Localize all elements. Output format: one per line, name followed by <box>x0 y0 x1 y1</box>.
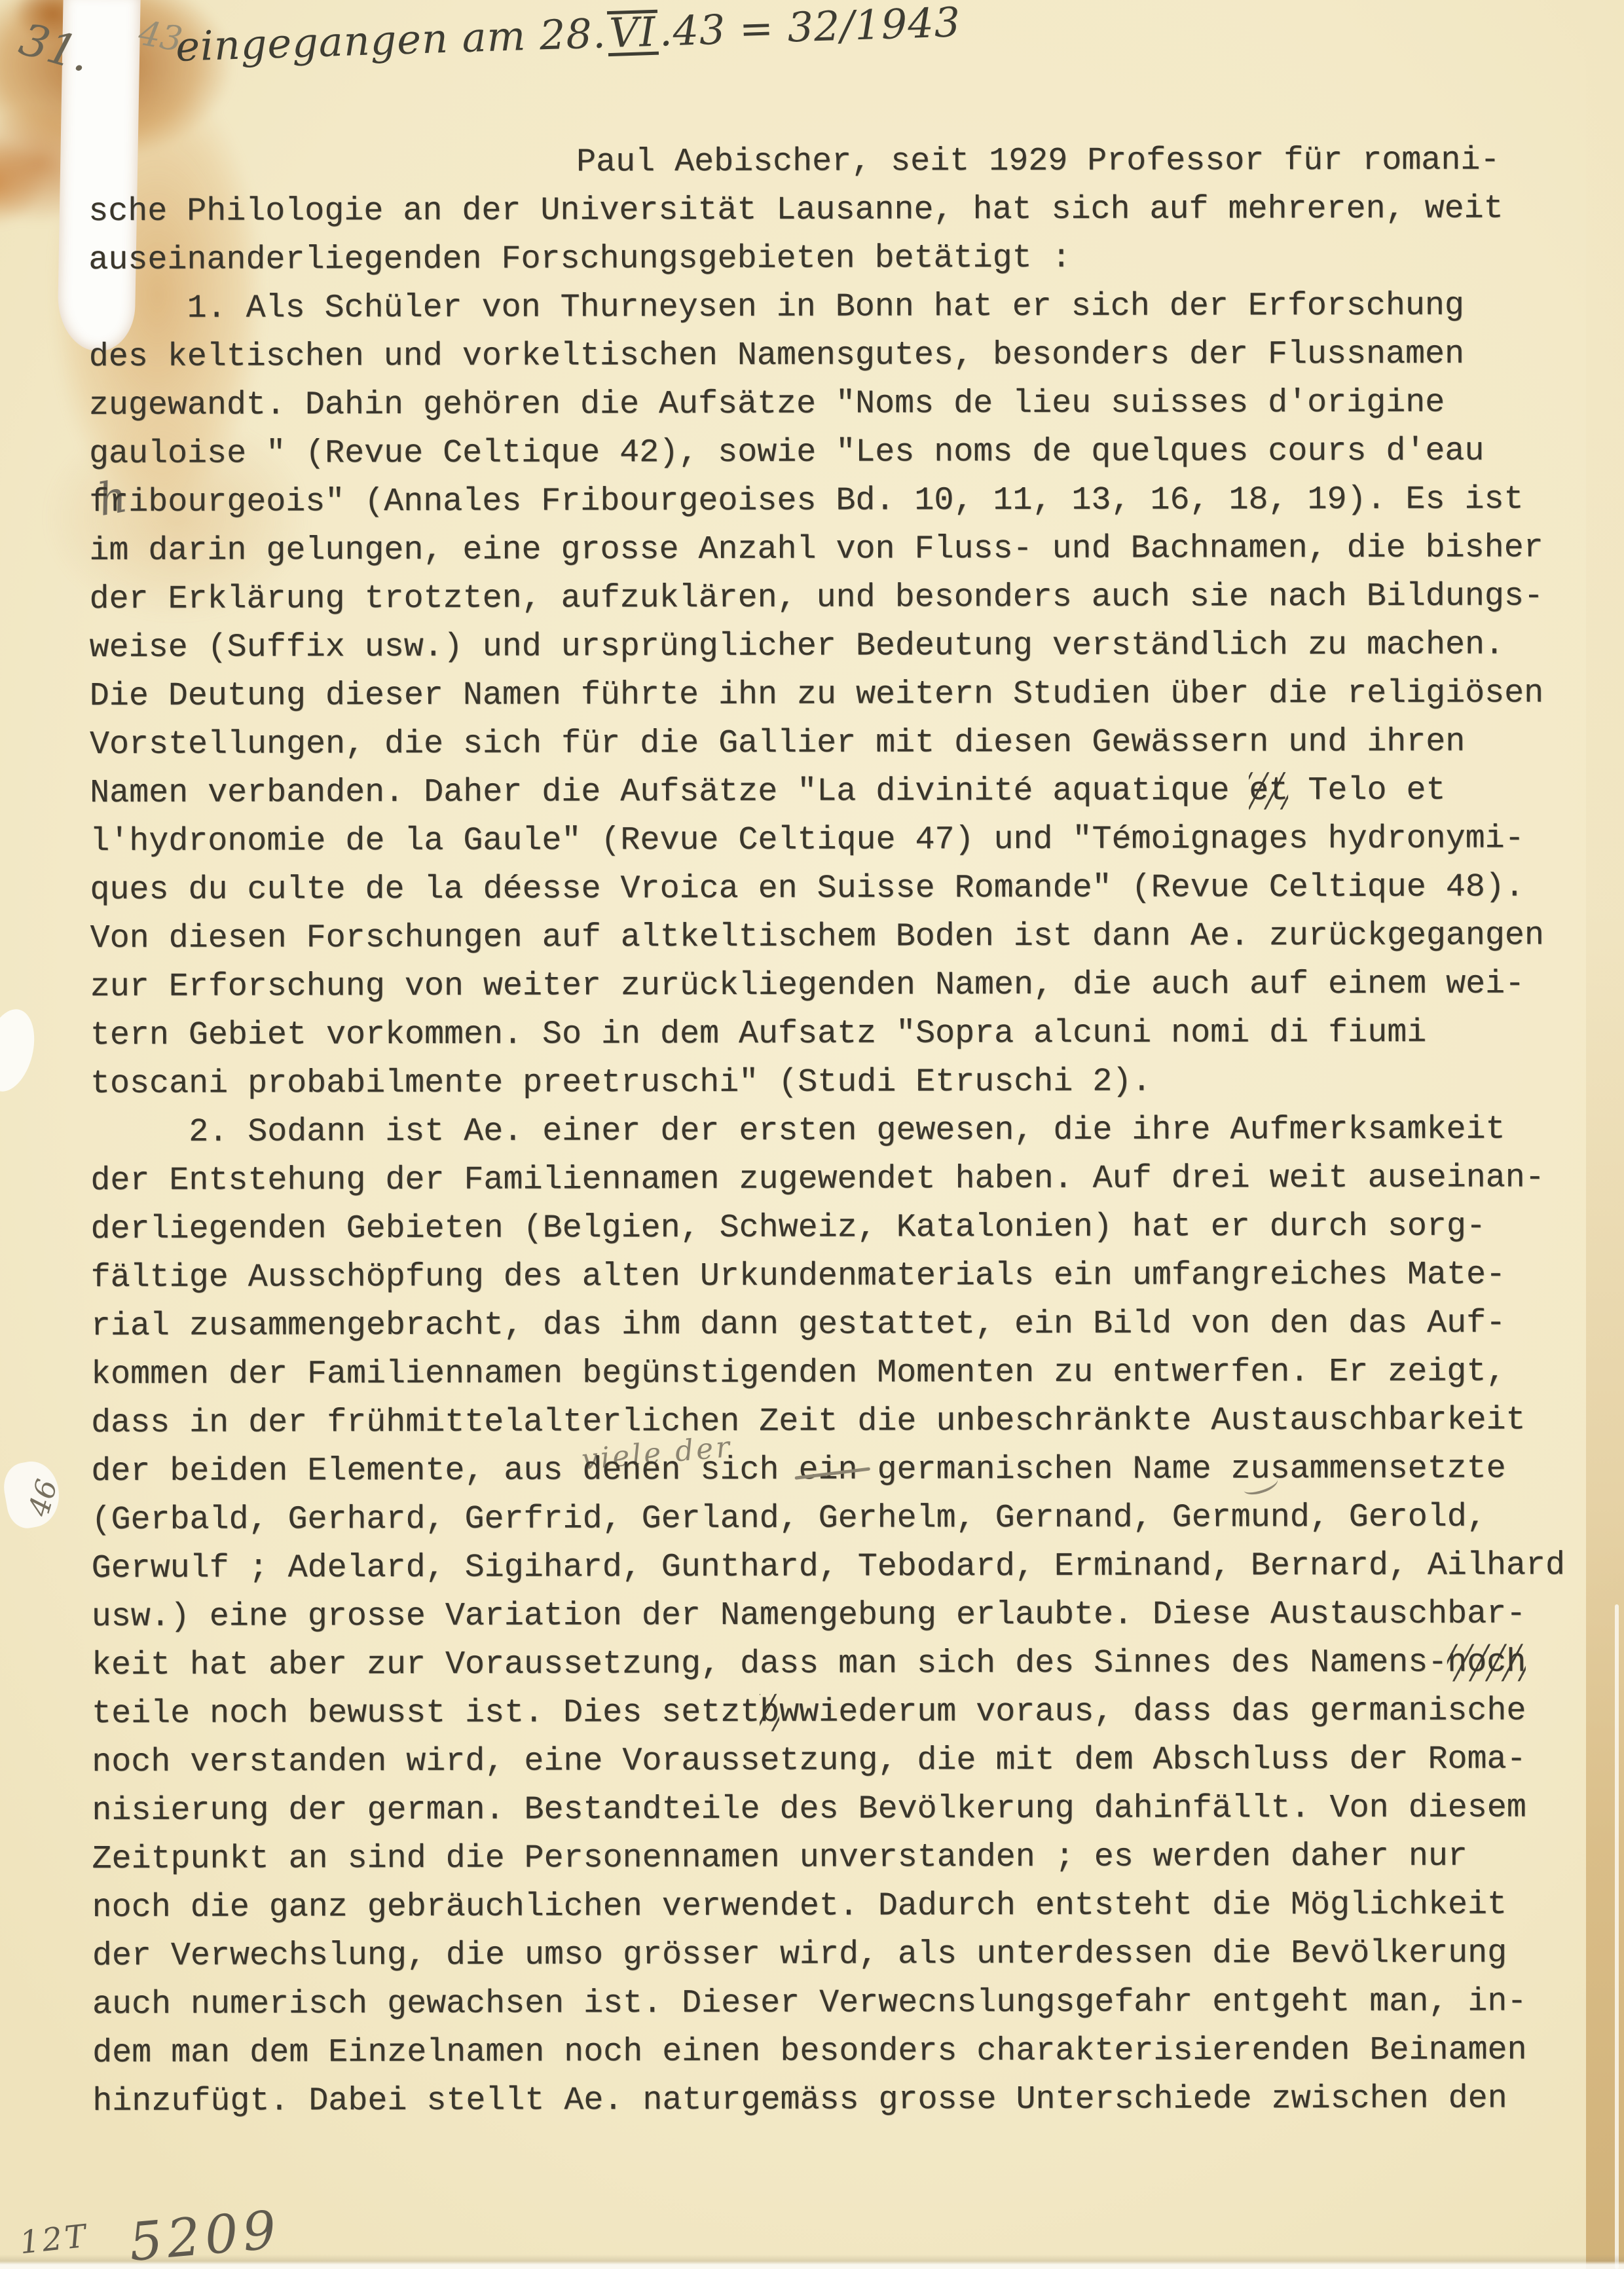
typed-line: fribourgeois" (Annales Fribourgeoises Bd… <box>89 475 1602 527</box>
typed-text: Die Deutung dieser Namen führte ihn zu w… <box>90 674 1543 715</box>
typed-line: zugewandt. Dahin gehören die Aufsätze "N… <box>89 378 1602 430</box>
typed-text: weise (Suffix usw.) und ursprünglicher B… <box>90 626 1504 667</box>
typed-text-struck: et <box>1249 772 1288 809</box>
typed-text: nisierung der german. Bestandteile des B… <box>92 1789 1526 1830</box>
typed-text: Zeitpunkt an sind die Personennamen unve… <box>92 1838 1467 1878</box>
typed-line: der Erklärung trotzten, aufzuklären, und… <box>89 572 1602 624</box>
typed-text: sche Philologie an der Universität Lausa… <box>88 190 1503 231</box>
typed-line: fältige Ausschöpfung des alten Urkundenm… <box>91 1251 1604 1302</box>
typed-text-struck: noch <box>1447 1644 1526 1681</box>
typed-text: noch verstanden wird, eine Voraussetzung… <box>92 1741 1526 1781</box>
page-right-edge-highlight <box>1615 1604 1619 2269</box>
typed-text-struck: b <box>760 1694 779 1731</box>
typed-line: weise (Suffix usw.) und ursprünglicher B… <box>90 621 1602 673</box>
typed-text: des keltischen und vorkeltischen Namensg… <box>89 336 1464 376</box>
typed-text-block: Paul Aebischer, seit 1929 Professor für … <box>88 136 1605 2126</box>
typed-line: dem man dem Einzelnamen noch einen beson… <box>92 2026 1605 2078</box>
typed-line: Paul Aebischer, seit 1929 Professor für … <box>88 136 1601 188</box>
typed-text: 2. Sodann ist Ae. einer der ersten gewes… <box>189 1111 1505 1151</box>
typed-line: Namen verbanden. Daher die Aufsätze "La … <box>90 766 1602 818</box>
typed-text: l'hydronomie de la Gaule" (Revue Celtiqu… <box>90 820 1524 860</box>
typed-text: kommen der Familiennamen begünstigenden … <box>91 1353 1505 1393</box>
typed-text: auch numerisch gewachsen ist. Dieser Ver… <box>92 1983 1526 2023</box>
typed-line: teile noch bewusst ist. Dies setztbwwied… <box>92 1687 1604 1739</box>
receipt-note-roman-month: VI <box>606 10 658 56</box>
typed-text: zugewandt. Dahin gehören die Aufsätze "N… <box>89 384 1445 424</box>
typed-line: derliegenden Gebieten (Belgien, Schweiz,… <box>90 1202 1603 1254</box>
typed-line: (Gerbald, Gerhard, Gerfrid, Gerland, Ger… <box>91 1493 1604 1545</box>
typed-text: dem man dem Einzelnamen noch einen beson… <box>92 2031 1526 2072</box>
typed-text: keit hat aber zur Voraussetzung, dass ma… <box>92 1644 1447 1684</box>
typed-text: teile noch bewusst ist. Dies setzt <box>92 1694 760 1733</box>
typed-line: auch numerisch gewachsen ist. Dieser Ver… <box>92 1978 1605 2029</box>
typed-text: fältige Ausschöpfung des alten Urkundenm… <box>91 1256 1505 1297</box>
typed-text: zur Erforschung von weiter zurückliegend… <box>90 965 1524 1006</box>
typed-text: auseinanderliegenden Forschungsgebieten … <box>88 240 1071 279</box>
typed-text: Vorstellungen, die sich für die Gallier … <box>90 724 1465 764</box>
typed-line: sche Philologie an der Universität Lausa… <box>88 185 1601 236</box>
typed-text: toscani probabilmente preetruschi" (Stud… <box>90 1063 1151 1103</box>
typed-text: Namen verbanden. Daher die Aufsätze "La … <box>90 772 1249 812</box>
typed-text: hinzufügt. Dabei stellt Ae. naturgemäss … <box>92 2080 1507 2120</box>
typed-line: zur Erforschung von weiter zurückliegend… <box>90 960 1603 1012</box>
typed-line: noch verstanden wird, eine Voraussetzung… <box>92 1735 1604 1787</box>
archive-code-number: 5209 <box>126 2199 283 2269</box>
typed-text: 1. Als Schüler von Thurneysen in Bonn ha… <box>187 287 1464 327</box>
typed-text: der Verwechslung, die umso grösser wird,… <box>92 1934 1507 1975</box>
typed-text: rial zusammengebracht, das ihm dann gest… <box>91 1304 1505 1345</box>
typed-text: (Gerbald, Gerhard, Gerfrid, Gerland, Ger… <box>91 1499 1486 1539</box>
typed-text: dass in der frühmittelalterlichen Zeit d… <box>91 1401 1525 1442</box>
archive-code-prefix: 12T <box>18 2218 90 2262</box>
typed-text: gauloise " (Revue Celtique 42), sowie "L… <box>89 433 1484 473</box>
typed-text: Gerwulf ; Adelard, Sigihard, Gunthard, T… <box>92 1547 1565 1587</box>
typed-text: im darin gelungen, eine grosse Anzahl vo… <box>89 529 1543 570</box>
typed-line: der beiden Elemente, aus denen sich ein … <box>91 1445 1604 1496</box>
typed-text: der beiden Elemente, aus denen sich <box>91 1452 798 1490</box>
typed-text: noch die ganz gebräuchlichen verwendet. … <box>92 1886 1507 1927</box>
typed-text: tern Gebiet vorkommen. So in dem Aufsatz… <box>90 1014 1426 1054</box>
typed-line: auseinanderliegenden Forschungsgebieten … <box>88 233 1601 285</box>
typed-line: ques du culte de la déesse Vroica en Sui… <box>90 863 1602 915</box>
typed-line: noch die ganz gebräuchlichen verwendet. … <box>92 1881 1605 1932</box>
paper-damage-patch <box>0 1004 42 1097</box>
typed-text: derliegenden Gebieten (Belgien, Schweiz,… <box>90 1208 1485 1248</box>
receipt-note-suffix: .43 = 32/1943 <box>659 0 962 56</box>
typed-line: im darin gelungen, eine grosse Anzahl vo… <box>89 524 1602 576</box>
pencil-corner-year: 43 <box>136 14 185 60</box>
typed-line: Gerwulf ; Adelard, Sigihard, Gunthard, T… <box>91 1541 1604 1593</box>
typed-text-struck: ein <box>798 1452 857 1489</box>
typed-line: toscani probabilmente preetruschi" (Stud… <box>90 1057 1603 1109</box>
typed-line: 2. Sodann ist Ae. einer der ersten gewes… <box>90 1105 1603 1157</box>
document-page: eingegangen am 28.VI.43 = 32/1943 31. 43… <box>0 0 1624 2269</box>
typed-text: usw.) eine grosse Variation der Namengeb… <box>92 1595 1526 1636</box>
typed-text: Paul Aebischer, seit 1929 Professor für … <box>576 141 1500 181</box>
typed-line: hinzufügt. Dabei stellt Ae. naturgemäss … <box>92 2075 1605 2126</box>
typed-text: der Entstehung der Familiennamen zugewen… <box>90 1159 1544 1200</box>
typed-line: Zeitpunkt an sind die Personennamen unve… <box>92 1832 1604 1884</box>
typed-line: des keltischen und vorkeltischen Namensg… <box>89 330 1602 382</box>
typed-line: nisierung der german. Bestandteile des B… <box>92 1784 1604 1835</box>
typed-text: Von diesen Forschungen auf altkeltischem… <box>90 917 1543 957</box>
typed-line: usw.) eine grosse Variation der Namengeb… <box>92 1590 1604 1642</box>
typed-line: Vorstellungen, die sich für die Gallier … <box>90 718 1602 769</box>
typed-text: ques du culte de la déesse Vroica en Sui… <box>90 868 1524 909</box>
typed-line: dass in der frühmittelalterlichen Zeit d… <box>91 1396 1604 1448</box>
typed-line: l'hydronomie de la Gaule" (Revue Celtiqu… <box>90 815 1602 866</box>
typed-text: fribourgeois" (Annales Fribourgeoises Bd… <box>89 481 1523 521</box>
typed-line: 1. Als Schüler von Thurneysen in Bonn ha… <box>88 282 1601 333</box>
typed-line: gauloise " (Revue Celtique 42), sowie "L… <box>89 427 1602 479</box>
typed-text: der Erklärung trotzten, aufzuklären, und… <box>89 578 1543 618</box>
typed-line: der Entstehung der Familiennamen zugewen… <box>90 1154 1603 1206</box>
typed-line: rial zusammengebracht, das ihm dann gest… <box>91 1299 1604 1351</box>
typed-line: keit hat aber zur Voraussetzung, dass ma… <box>92 1638 1604 1690</box>
typed-line: Von diesen Forschungen auf altkeltischem… <box>90 912 1602 963</box>
typed-line: der Verwechslung, die umso grösser wird,… <box>92 1929 1605 1981</box>
pencil-archive-code: 12T5209 <box>20 2205 281 2266</box>
typed-line: tern Gebiet vorkommen. So in dem Aufsatz… <box>90 1008 1603 1060</box>
typed-line: Die Deutung dieser Namen führte ihn zu w… <box>90 669 1602 721</box>
typed-line: kommen der Familiennamen begünstigenden … <box>91 1348 1604 1399</box>
typed-text: Telo et <box>1288 772 1445 810</box>
typed-text: germanischen Name zusammensetzte <box>857 1450 1505 1488</box>
typed-text: wwiederum voraus, dass das germanische <box>779 1692 1526 1731</box>
